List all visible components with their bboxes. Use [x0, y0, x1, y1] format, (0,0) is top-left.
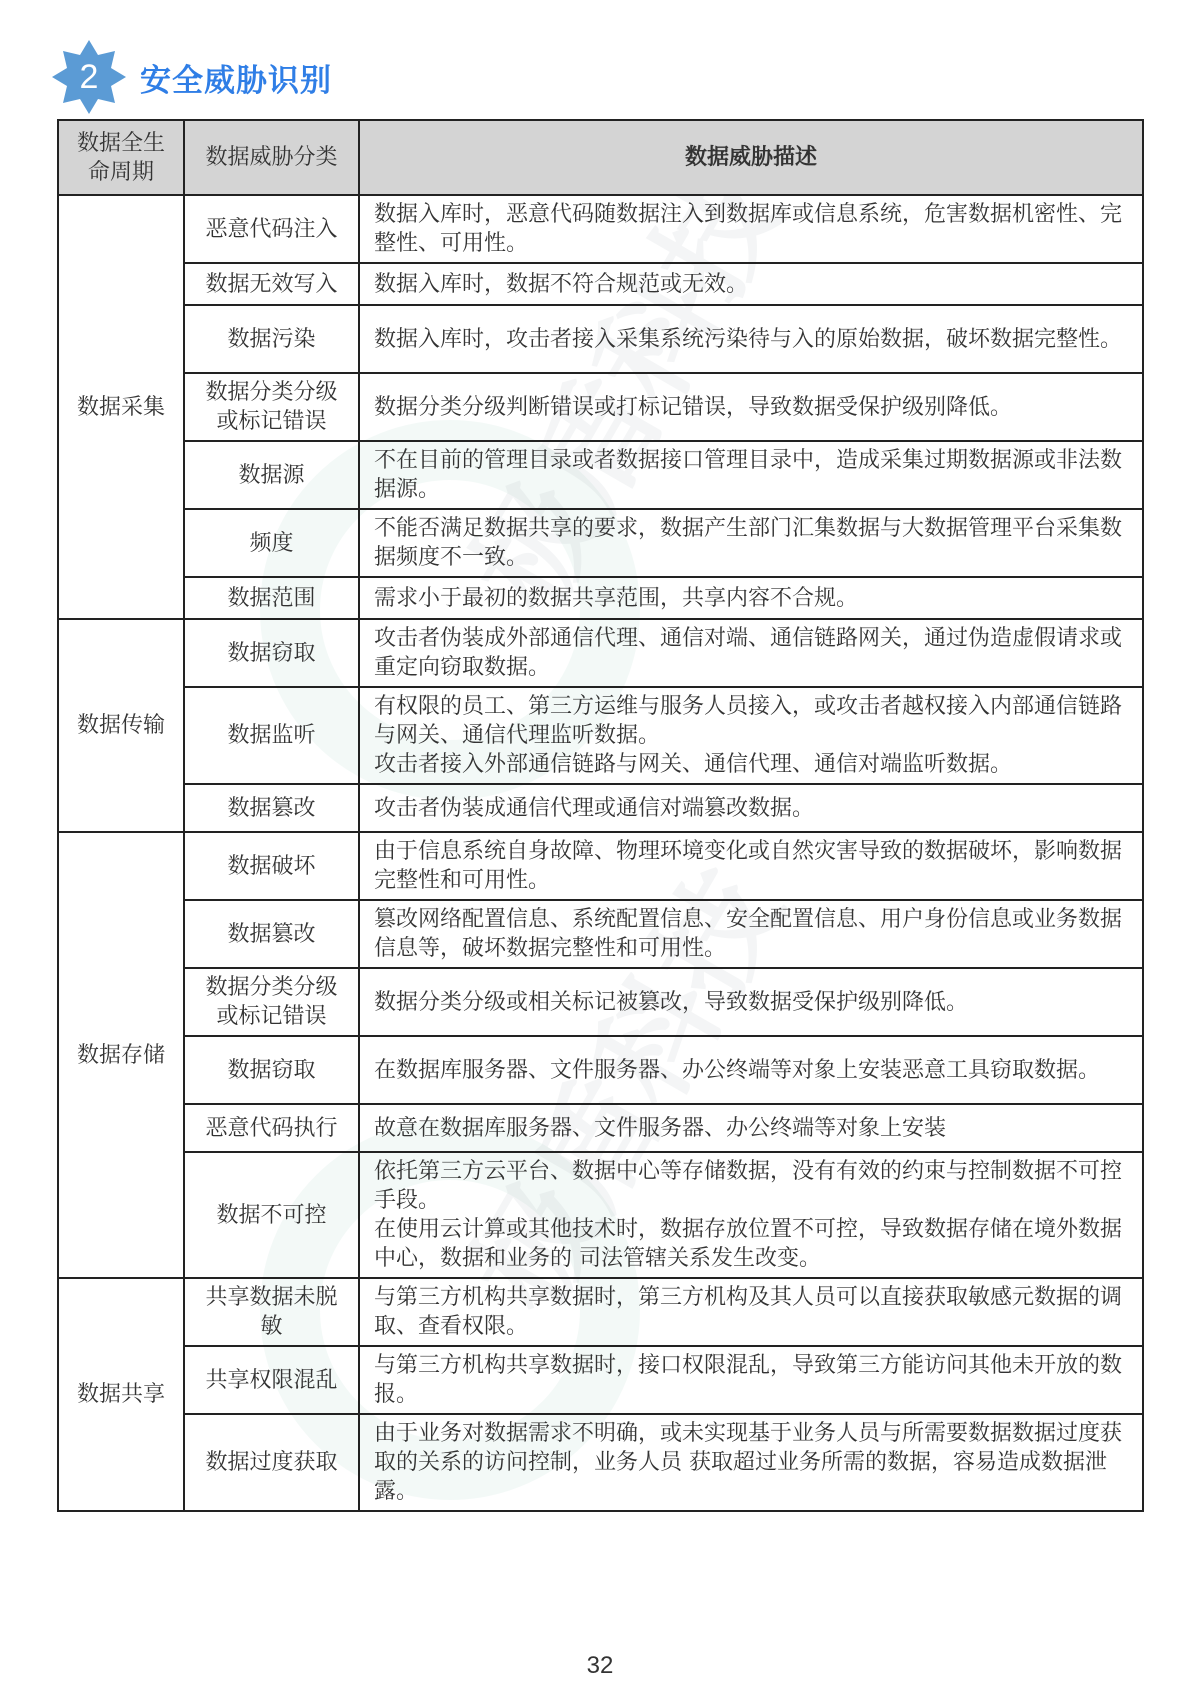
table-row: 数据源不在目前的管理目录或者数据接口管理目录中，造成采集过期数据源或非法数据源。: [58, 441, 1143, 509]
threat-category: 数据监听: [184, 687, 359, 784]
threat-category: 共享数据未脱敏: [184, 1278, 359, 1346]
threat-description: 不能否满足数据共享的要求，数据产生部门汇集数据与大数据管理平台采集数据频度不一致…: [359, 509, 1143, 577]
threat-category: 数据污染: [184, 305, 359, 373]
table-row: 数据篡改篡改网络配置信息、系统配置信息、安全配置信息、用户身份信息或业务数据信息…: [58, 900, 1143, 968]
table-row: 数据分类分级或标记错误数据分类分级或相关标记被篡改，导致数据受保护级别降低。: [58, 968, 1143, 1036]
header-description: 数据威胁描述: [359, 120, 1143, 195]
table-row: 数据窃取在数据库服务器、文件服务器、办公终端等对象上安装恶意工具窃取数据。: [58, 1036, 1143, 1104]
threat-category: 频度: [184, 509, 359, 577]
header-lifecycle: 数据全生命周期: [58, 120, 184, 195]
threat-category: 数据篡改: [184, 784, 359, 832]
threat-category: 数据破坏: [184, 832, 359, 900]
threat-category: 数据源: [184, 441, 359, 509]
threat-category: 数据过度获取: [184, 1414, 359, 1511]
threat-description: 有权限的员工、第三方运维与服务人员接入，或攻击者越权接入内部通信链路与网关、通信…: [359, 687, 1143, 784]
threat-category: 共享权限混乱: [184, 1346, 359, 1414]
description-line: 不在目前的管理目录或者数据接口管理目录中，造成采集过期数据源或非法数据源。: [374, 446, 1128, 504]
description-line: 数据分类分级判断错误或打标记错误，导致数据受保护级别降低。: [374, 393, 1128, 422]
threat-category: 恶意代码注入: [184, 195, 359, 263]
section-number-badge: 2: [52, 40, 126, 114]
description-line: 故意在数据库服务器、文件服务器、办公终端等对象上安装: [374, 1114, 1128, 1143]
description-line: 数据入库时，恶意代码随数据注入到数据库或信息系统，危害数据机密性、完整性、可用性…: [374, 200, 1128, 258]
table-row: 频度不能否满足数据共享的要求，数据产生部门汇集数据与大数据管理平台采集数据频度不…: [58, 509, 1143, 577]
table-row: 数据监听有权限的员工、第三方运维与服务人员接入，或攻击者越权接入内部通信链路与网…: [58, 687, 1143, 784]
threat-description: 数据分类分级判断错误或打标记错误，导致数据受保护级别降低。: [359, 373, 1143, 441]
description-line: 依托第三方云平台、数据中心等存储数据，没有有效的约束与控制数据不可控手段。: [374, 1157, 1128, 1215]
page-number: 32: [0, 1652, 1200, 1680]
description-line: 由于业务对数据需求不明确，或未实现基于业务人员与所需要数据数据过度获取的关系的访…: [374, 1419, 1128, 1506]
lifecycle-stage: 数据共享: [58, 1278, 184, 1511]
threat-category: 数据范围: [184, 577, 359, 619]
threat-category: 数据篡改: [184, 900, 359, 968]
table-header-row: 数据全生命周期 数据威胁分类 数据威胁描述: [58, 120, 1143, 195]
table-row: 共享权限混乱与第三方机构共享数据时，接口权限混乱，导致第三方能访问其他未开放的数…: [58, 1346, 1143, 1414]
description-line: 攻击者伪装成外部通信代理、通信对端、通信链路网关，通过伪造虚假请求或重定向窃取数…: [374, 624, 1128, 682]
section-heading: 2 安全威胁识别: [52, 40, 332, 114]
description-line: 与第三方机构共享数据时，接口权限混乱，导致第三方能访问其他未开放的数报。: [374, 1351, 1128, 1409]
threat-description: 数据入库时，攻击者接入采集系统污染待与入的原始数据，破坏数据完整性。: [359, 305, 1143, 373]
table-row: 数据存储数据破坏由于信息系统自身故障、物理环境变化或自然灾害导致的数据破坏，影响…: [58, 832, 1143, 900]
table-row: 数据采集恶意代码注入数据入库时，恶意代码随数据注入到数据库或信息系统，危害数据机…: [58, 195, 1143, 263]
table-row: 数据共享共享数据未脱敏与第三方机构共享数据时，第三方机构及其人员可以直接获取敏感…: [58, 1278, 1143, 1346]
threat-description: 在数据库服务器、文件服务器、办公终端等对象上安装恶意工具窃取数据。: [359, 1036, 1143, 1104]
table-row: 数据过度获取由于业务对数据需求不明确，或未实现基于业务人员与所需要数据数据过度获…: [58, 1414, 1143, 1511]
description-line: 攻击者伪装成通信代理或通信对端篡改数据。: [374, 794, 1128, 823]
threat-description: 与第三方机构共享数据时，第三方机构及其人员可以直接获取敏感元数据的调取、查看权限…: [359, 1278, 1143, 1346]
threat-description: 篡改网络配置信息、系统配置信息、安全配置信息、用户身份信息或业务数据信息等，破坏…: [359, 900, 1143, 968]
threat-category: 数据窃取: [184, 1036, 359, 1104]
header-category: 数据威胁分类: [184, 120, 359, 195]
threat-description: 攻击者伪装成通信代理或通信对端篡改数据。: [359, 784, 1143, 832]
section-title: 安全威胁识别: [140, 55, 332, 100]
description-line: 攻击者接入外部通信链路与网关、通信代理、通信对端监听数据。: [374, 750, 1128, 779]
table-row: 数据传输数据窃取攻击者伪装成外部通信代理、通信对端、通信链路网关，通过伪造虚假请…: [58, 619, 1143, 687]
threat-description: 数据入库时，恶意代码随数据注入到数据库或信息系统，危害数据机密性、完整性、可用性…: [359, 195, 1143, 263]
table-row: 数据污染数据入库时，攻击者接入采集系统污染待与入的原始数据，破坏数据完整性。: [58, 305, 1143, 373]
threat-description: 不在目前的管理目录或者数据接口管理目录中，造成采集过期数据源或非法数据源。: [359, 441, 1143, 509]
threat-description: 依托第三方云平台、数据中心等存储数据，没有有效的约束与控制数据不可控手段。在使用…: [359, 1152, 1143, 1278]
description-line: 有权限的员工、第三方运维与服务人员接入，或攻击者越权接入内部通信链路与网关、通信…: [374, 692, 1128, 750]
threat-category: 数据窃取: [184, 619, 359, 687]
lifecycle-stage: 数据存储: [58, 832, 184, 1278]
description-line: 数据入库时，数据不符合规范或无效。: [374, 270, 1128, 299]
table-row: 数据范围需求小于最初的数据共享范围，共享内容不合规。: [58, 577, 1143, 619]
threat-category: 数据无效写入: [184, 263, 359, 305]
threat-category: 数据分类分级或标记错误: [184, 968, 359, 1036]
threat-table: 数据全生命周期 数据威胁分类 数据威胁描述 数据采集恶意代码注入数据入库时，恶意…: [57, 119, 1144, 1512]
description-line: 不能否满足数据共享的要求，数据产生部门汇集数据与大数据管理平台采集数据频度不一致…: [374, 514, 1128, 572]
threat-category: 恶意代码执行: [184, 1104, 359, 1152]
threat-description: 数据入库时，数据不符合规范或无效。: [359, 263, 1143, 305]
threat-description: 由于业务对数据需求不明确，或未实现基于业务人员与所需要数据数据过度获取的关系的访…: [359, 1414, 1143, 1511]
description-line: 篡改网络配置信息、系统配置信息、安全配置信息、用户身份信息或业务数据信息等，破坏…: [374, 905, 1128, 963]
threat-description: 与第三方机构共享数据时，接口权限混乱，导致第三方能访问其他未开放的数报。: [359, 1346, 1143, 1414]
table-row: 数据分类分级或标记错误数据分类分级判断错误或打标记错误，导致数据受保护级别降低。: [58, 373, 1143, 441]
threat-category: 数据不可控: [184, 1152, 359, 1278]
section-number: 2: [52, 40, 126, 114]
threat-description: 数据分类分级或相关标记被篡改，导致数据受保护级别降低。: [359, 968, 1143, 1036]
description-line: 数据分类分级或相关标记被篡改，导致数据受保护级别降低。: [374, 988, 1128, 1017]
description-line: 数据入库时，攻击者接入采集系统污染待与入的原始数据，破坏数据完整性。: [374, 325, 1128, 354]
description-line: 在使用云计算或其他技术时，数据存放位置不可控，导致数据存储在境外数据中心，数据和…: [374, 1215, 1128, 1273]
threat-description: 由于信息系统自身故障、物理环境变化或自然灾害导致的数据破坏，影响数据完整性和可用…: [359, 832, 1143, 900]
table-row: 数据不可控依托第三方云平台、数据中心等存储数据，没有有效的约束与控制数据不可控手…: [58, 1152, 1143, 1278]
description-line: 在数据库服务器、文件服务器、办公终端等对象上安装恶意工具窃取数据。: [374, 1056, 1128, 1085]
threat-description: 需求小于最初的数据共享范围，共享内容不合规。: [359, 577, 1143, 619]
lifecycle-stage: 数据采集: [58, 195, 184, 619]
lifecycle-stage: 数据传输: [58, 619, 184, 832]
description-line: 需求小于最初的数据共享范围，共享内容不合规。: [374, 584, 1128, 613]
table-row: 数据无效写入数据入库时，数据不符合规范或无效。: [58, 263, 1143, 305]
table-row: 数据篡改攻击者伪装成通信代理或通信对端篡改数据。: [58, 784, 1143, 832]
threat-category: 数据分类分级或标记错误: [184, 373, 359, 441]
threat-description: 攻击者伪装成外部通信代理、通信对端、通信链路网关，通过伪造虚假请求或重定向窃取数…: [359, 619, 1143, 687]
threat-description: 故意在数据库服务器、文件服务器、办公终端等对象上安装: [359, 1104, 1143, 1152]
description-line: 与第三方机构共享数据时，第三方机构及其人员可以直接获取敏感元数据的调取、查看权限…: [374, 1283, 1128, 1341]
table-row: 恶意代码执行故意在数据库服务器、文件服务器、办公终端等对象上安装: [58, 1104, 1143, 1152]
description-line: 由于信息系统自身故障、物理环境变化或自然灾害导致的数据破坏，影响数据完整性和可用…: [374, 837, 1128, 895]
